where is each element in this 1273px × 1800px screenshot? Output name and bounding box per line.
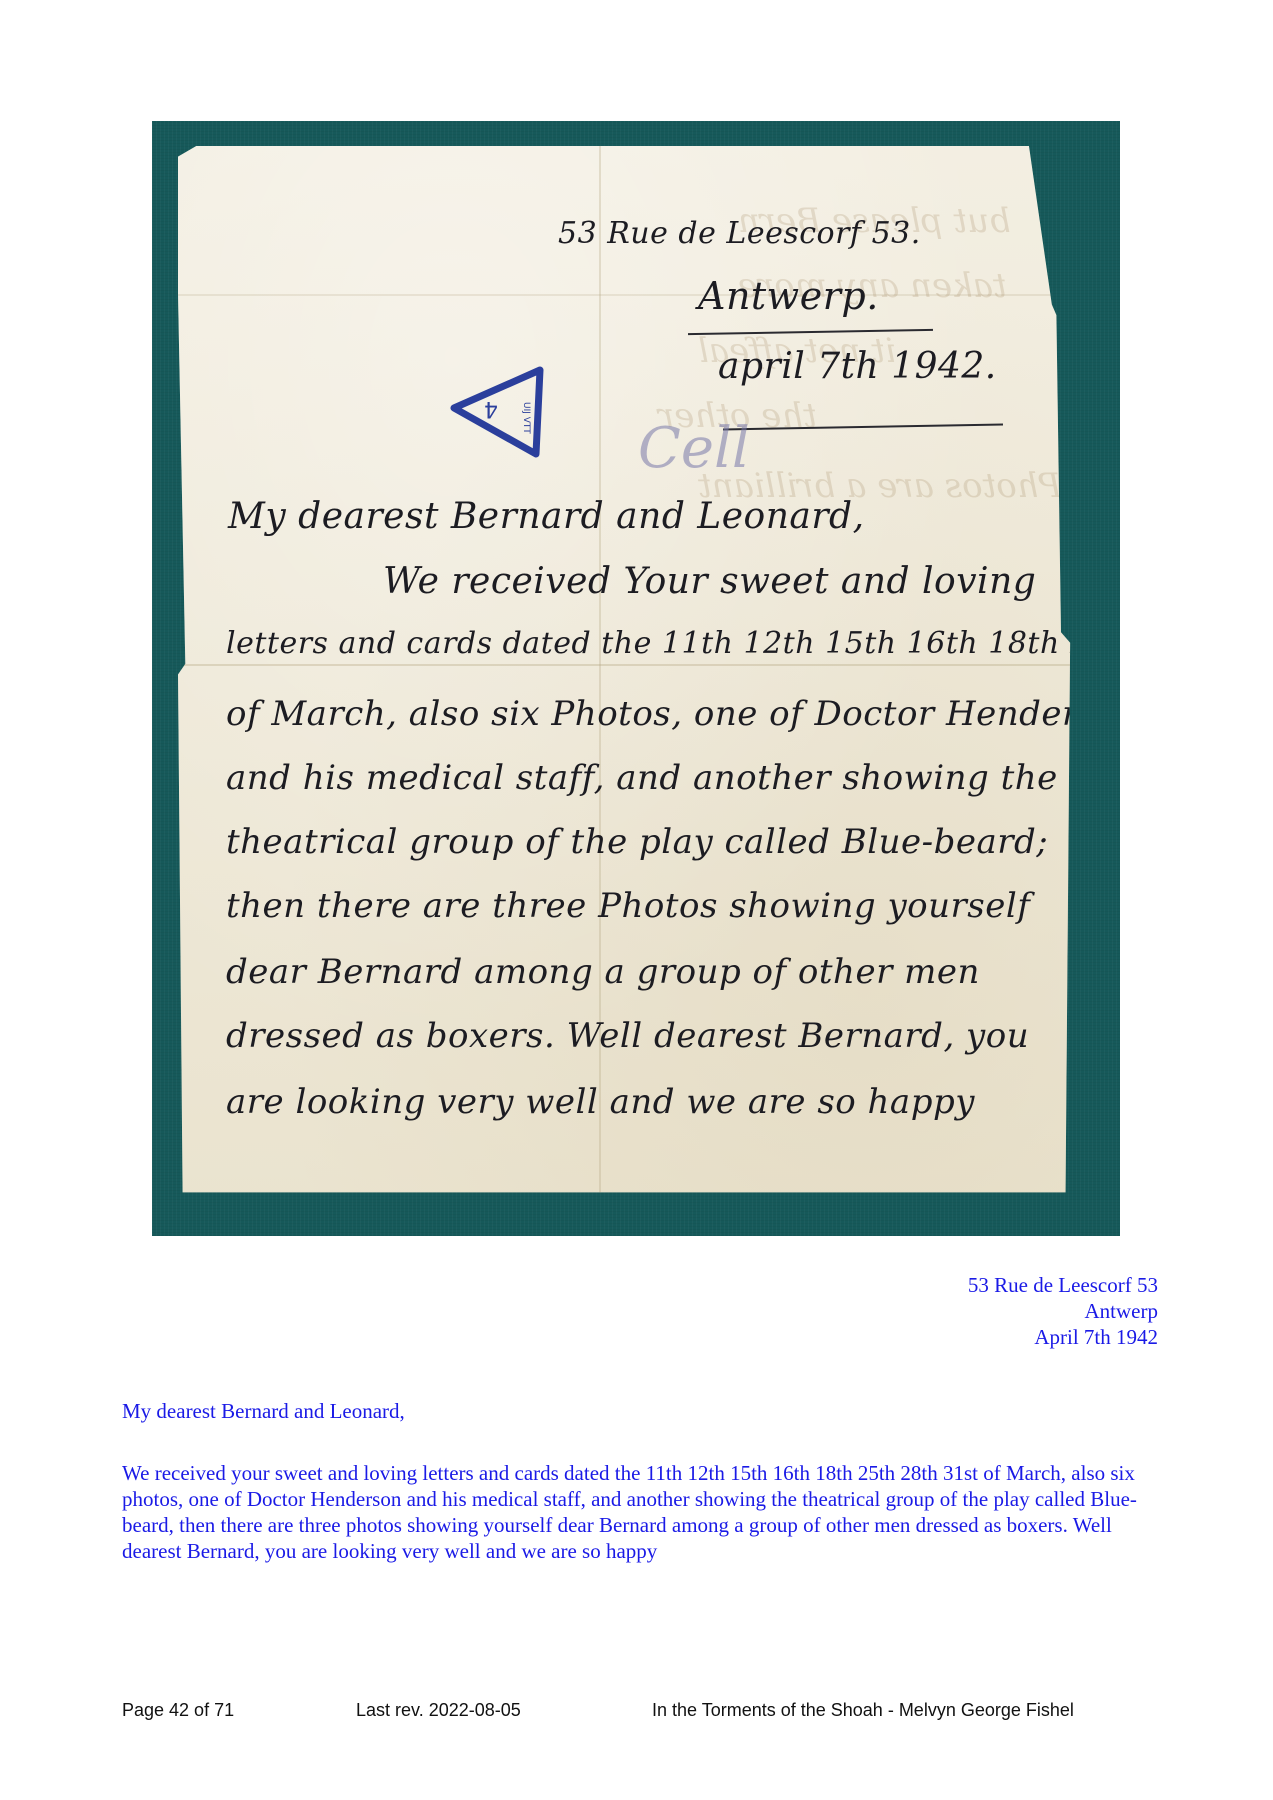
censor-stamp-icon: 4 UIJ VTT xyxy=(448,366,544,458)
svg-text:UIJ VTT: UIJ VTT xyxy=(521,402,531,434)
footer-document-title: In the Torments of the Shoah - Melvyn Ge… xyxy=(652,1700,1074,1721)
handwritten-line: letters and cards dated the 11th 12th 15… xyxy=(226,626,1273,661)
transcript-greeting: My dearest Bernard and Leonard, xyxy=(122,1398,405,1424)
letter-paper: but please Bern taken any more it not af… xyxy=(178,146,1093,1203)
handwritten-line: and his medical staff, and another showi… xyxy=(226,758,1058,798)
handwritten-line: dressed as boxers. Well dearest Bernard,… xyxy=(226,1016,1029,1056)
address-street: 53 Rue de Leescorf 53 xyxy=(700,1272,1158,1298)
handwritten-city: Antwerp. xyxy=(698,274,879,318)
footer-revision: Last rev. 2022-08-05 xyxy=(356,1700,521,1721)
handwritten-line: We received Your sweet and loving xyxy=(383,561,1036,602)
handwritten-line: are looking very well and we are so happ… xyxy=(226,1082,975,1122)
handwritten-address: 53 Rue de Leescorf 53. xyxy=(558,216,921,251)
handwritten-date: april 7th 1942. xyxy=(718,346,997,387)
svg-text:4: 4 xyxy=(484,396,498,421)
letter-photograph: but please Bern taken any more it not af… xyxy=(152,121,1120,1236)
transcript-body: We received your sweet and loving letter… xyxy=(122,1460,1167,1564)
handwritten-line: theatrical group of the play called Blue… xyxy=(226,822,1048,862)
address-city: Antwerp xyxy=(700,1298,1158,1324)
handwritten-line: then there are three Photos showing your… xyxy=(226,886,1030,926)
transcript-address: 53 Rue de Leescorf 53 Antwerp April 7th … xyxy=(700,1272,1158,1350)
footer-page-number: Page 42 of 71 xyxy=(122,1700,234,1721)
pencil-mark: Cell xyxy=(638,416,750,481)
handwritten-line: dear Bernard among a group of other men xyxy=(226,952,980,992)
paper-fold-horizontal xyxy=(178,664,1093,666)
handwritten-line: of March, also six Photos, one of Doctor… xyxy=(226,694,1140,734)
address-date: April 7th 1942 xyxy=(700,1324,1158,1350)
handwritten-greeting: My dearest Bernard and Leonard, xyxy=(228,496,865,537)
